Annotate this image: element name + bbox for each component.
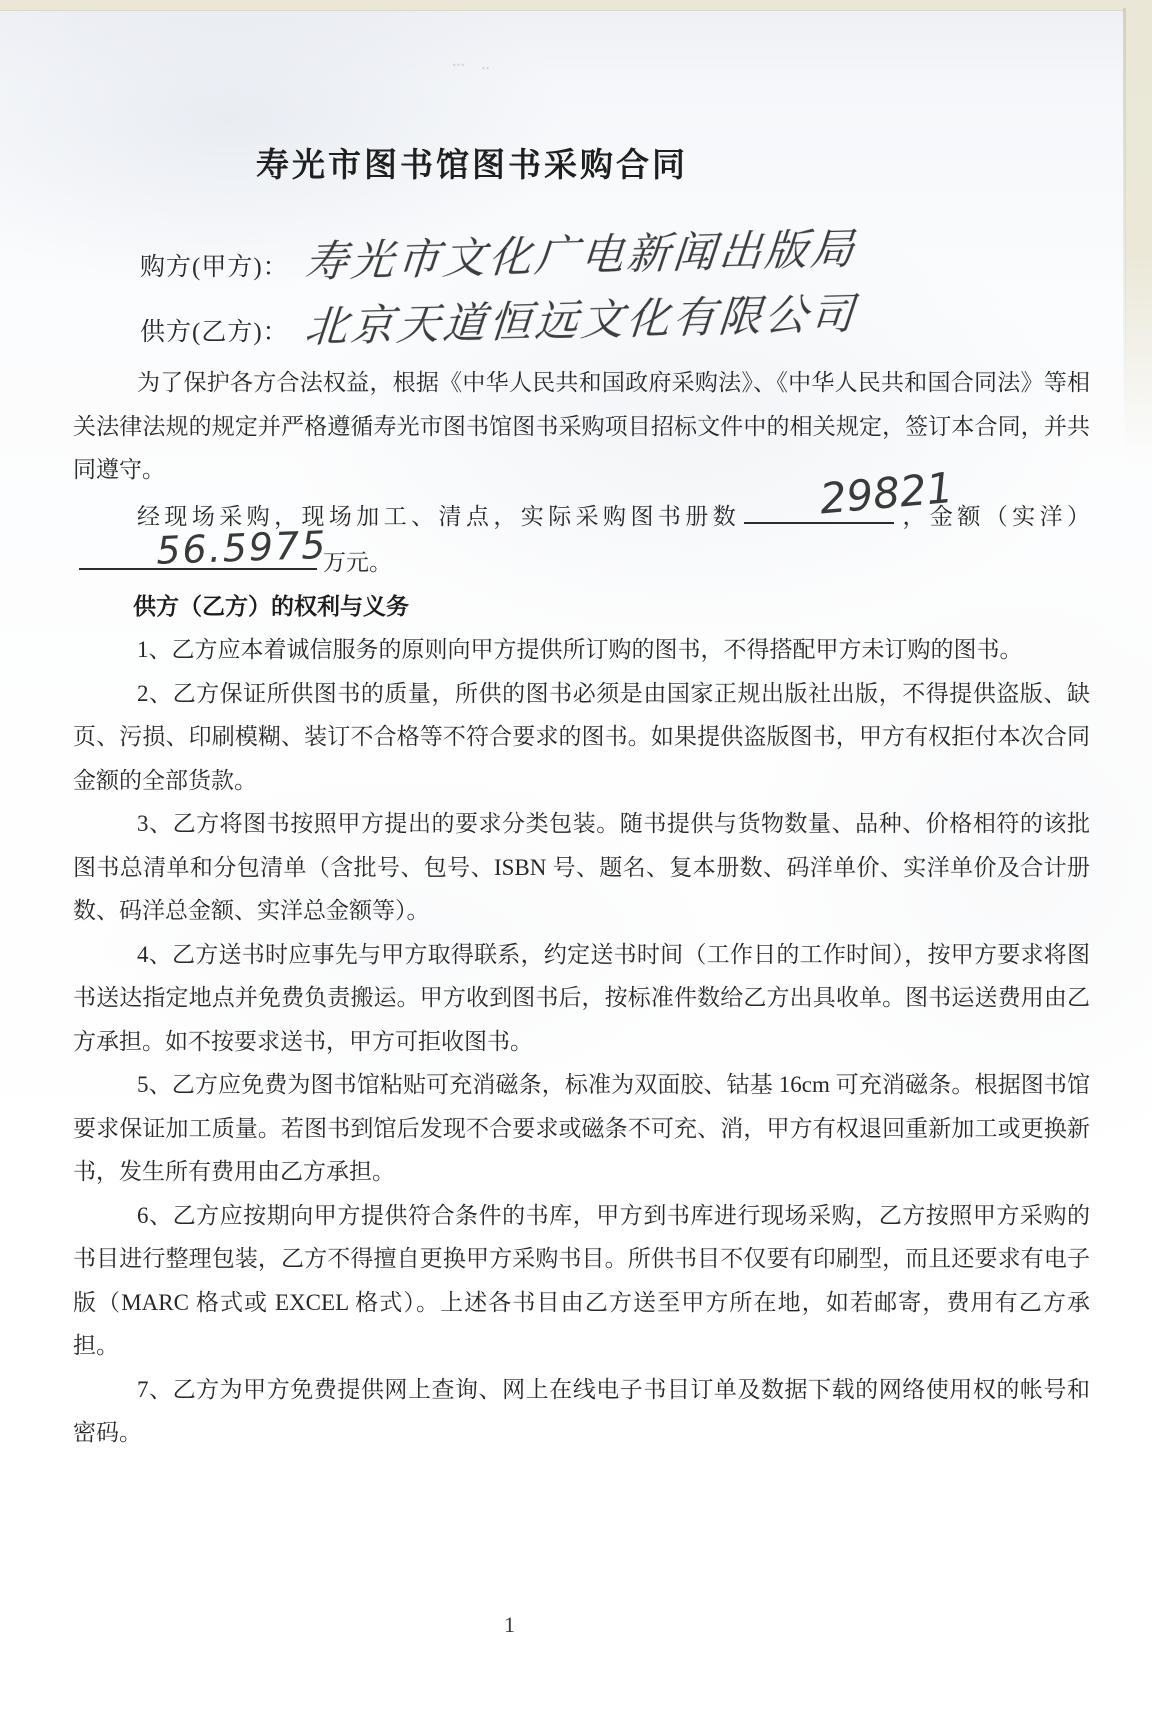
clause-5: 5、乙方应免费为图书馆粘贴可充消磁条，标准为双面胶、钴基 16cm 可充消磁条。… xyxy=(73,1063,1090,1194)
clause-3: 3、乙方将图书按照甲方提出的要求分类包装。随书提供与货物数量、品种、价格相符的该… xyxy=(73,802,1090,933)
clause-1: 1、乙方应本着诚信服务的原则向甲方提供所订购的图书，不得搭配甲方未订购的图书。 xyxy=(73,628,1090,672)
rights-obligations-heading: 供方（乙方）的权利与义务 xyxy=(73,585,1090,629)
clause-4: 4、乙方送书时应事先与甲方取得联系，约定送书时间（工作日的工作时间），按甲方要求… xyxy=(73,933,1090,1064)
procurement-text-before-count: 经现场采购，现场加工、清点，实际采购图书册数 xyxy=(137,504,740,529)
amount-handwritten: 56.5975 xyxy=(92,526,328,572)
procurement-text-after: 万元。 xyxy=(323,550,392,575)
contract-title: 寿光市图书馆图书采购合同 xyxy=(0,139,944,186)
supplier-name-handwritten: 北京天道恒远文化有限公司 xyxy=(303,293,858,350)
buyer-name-handwritten: 寿光市文化广电新闻出版局 xyxy=(303,228,858,285)
supplier-label: 供方(乙方)： xyxy=(140,319,289,346)
supplier-row: 供方(乙方)：北京天道恒远文化有限公司 xyxy=(140,305,855,348)
clause-6: 6、乙方应按期向甲方提供符合条件的书库，甲方到书库进行现场采购，乙方按照甲方采购… xyxy=(73,1194,1090,1368)
buyer-label: 购方(甲方)： xyxy=(140,254,289,281)
page-number: 1 xyxy=(504,1612,515,1638)
contract-content: 寿光市图书馆图书采购合同 购方(甲方)：寿光市文化广电新闻出版局 供方(乙方)：… xyxy=(0,0,1152,1722)
amount-blank: 56.5975 xyxy=(79,538,317,570)
contract-body: 为了保护各方合法权益，根据《中华人民共和国政府采购法》、《中华人民共和国合同法》… xyxy=(73,361,1090,1455)
book-count-blank: 29821 xyxy=(744,492,894,524)
buyer-row: 购方(甲方)：寿光市文化广电新闻出版局 xyxy=(140,240,855,283)
procurement-paragraph: 经现场采购，现场加工、清点，实际采购图书册数29821，金额（实洋）56.597… xyxy=(73,492,1090,585)
clause-2: 2、乙方保证所供图书的质量，所供的图书必须是由国家正规出版社出版，不得提供盗版、… xyxy=(73,672,1090,803)
clause-7: 7、乙方为甲方免费提供网上查询、网上在线电子书目订单及数据下载的网络使用权的帐号… xyxy=(73,1368,1090,1455)
